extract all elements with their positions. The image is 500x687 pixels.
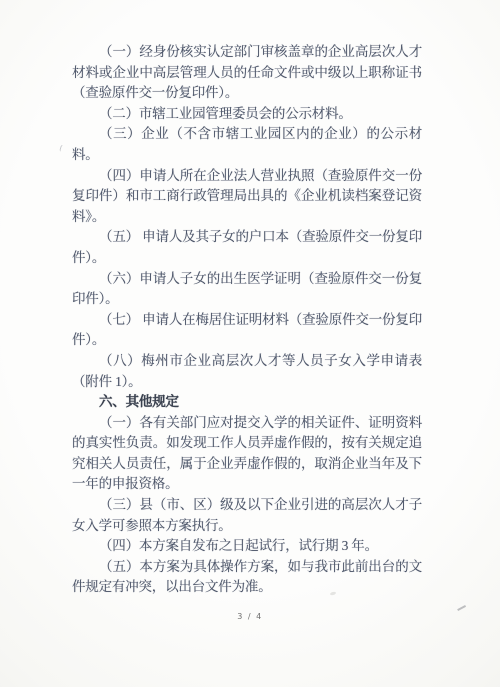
paragraph: （三）企业（不含市辖工业园区内的企业）的公示材料。 [72,124,422,165]
paragraph: （二）市辖工业园管理委员会的公示材料。 [72,104,422,125]
paragraph: （五）本方案为具体操作方案，如与我市此前出台的文件规定有冲突，以出台文件为准。 [72,557,422,598]
scanned-document-page: （一）经身份核实认定部门审核盖章的企业高层次人才材料或企业中高层管理人员的任命文… [0,0,500,687]
paragraph: （四）申请人所在企业法人营业执照（查验原件交一份复印件）和市工商行政管理局出具的… [72,166,422,228]
scan-artifact [457,605,466,611]
paragraph: （一）各有关部门应对提交入学的相关证件、证明资料的真实性负责。如发现工作人员弄虚… [72,413,422,495]
page-number: 3 / 4 [0,612,500,621]
paragraph: （五） 申请人及其子女的户口本（查验原件交一份复印件）。 [72,227,422,268]
section-heading: 六、其他规定 [72,392,422,413]
paragraph: （一）经身份核实认定部门审核盖章的企业高层次人才材料或企业中高层管理人员的任命文… [72,42,422,104]
document-body: （一）经身份核实认定部门审核盖章的企业高层次人才材料或企业中高层管理人员的任命文… [72,42,422,598]
scan-artifact [59,144,66,152]
paragraph: （四）本方案自发布之日起试行，试行期 3 年。 [72,536,422,557]
paragraph: （三）县（市、区）级及以下企业引进的高层次人才子女入学可参照本方案执行。 [72,495,422,536]
paragraph: （六）申请人子女的出生医学证明（查验原件交一份复印件）。 [72,269,422,310]
paragraph: （八）梅州市企业高层次人才等人员子女入学申请表（附件 1）。 [72,351,422,392]
paragraph: （七） 申请人在梅居住证明材料（查验原件交一份复印件）。 [72,310,422,351]
